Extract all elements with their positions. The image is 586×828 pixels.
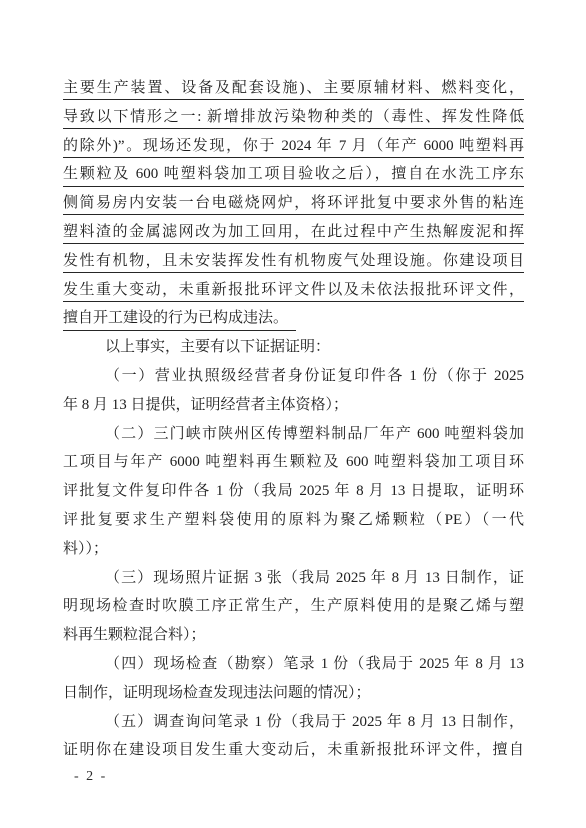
text-run: 评批复要求生产塑料袋使用的原料为聚乙烯颗粒（PE）（一代: [63, 512, 524, 528]
text-line: 主要生产装置、设备及配套设施)、主要原辅材料、燃料变化，: [63, 74, 524, 103]
text-line: 料））；: [63, 535, 524, 564]
underlined-text: 发性有机物，且未安装挥发性有机物废气处理设施。你建设项目: [63, 253, 524, 273]
document-body: 主要生产装置、设备及配套设施)、主要原辅材料、燃料变化，导致以下情形之一: 新增…: [63, 74, 524, 765]
page-number: - 2 -: [74, 768, 107, 786]
text-run: （三）现场照片证据 3 张（我局 2025 年 8 月 13 日制作，证: [105, 570, 524, 586]
text-run: 明现场检查时吹膜工序正常生产，生产原料使用的是聚乙烯与塑: [63, 598, 524, 614]
underlined-text: 主要生产装置、设备及配套设施)、主要原辅材料、燃料变化，: [63, 80, 524, 100]
text-line: （一）营业执照级经营者身份证复印件各 1 份（你于 2025: [63, 362, 524, 391]
text-run: 日制作，证明现场检查发现违法问题的情况）；: [63, 685, 371, 701]
text-line: 生颗粒及 600 吨塑料袋加工项目验收之后），擅自在水洗工序东: [63, 160, 524, 189]
text-run: 评批复文件复印件各 1 份（我局 2025 年 8 月 13 日提取，证明环: [63, 483, 524, 499]
text-line: 证明你在建设项目发生重大变动后，未重新报批环评文件，擅自: [63, 736, 524, 765]
text-line: （四）现场检查（勘察）笔录 1 份（我局于 2025 年 8 月 13: [63, 650, 524, 679]
underlined-text: 生颗粒及 600 吨塑料袋加工项目验收之后），擅自在水洗工序东: [63, 166, 524, 186]
text-line: 日制作，证明现场检查发现违法问题的情况）；: [63, 679, 524, 708]
text-line: 的除外)”。现场还发现，你于 2024 年 7 月（年产 6000 吨塑料再: [63, 132, 524, 161]
text-line: （五）调查询问笔录 1 份（我局于 2025 年 8 月 13 日制作，: [63, 708, 524, 737]
text-run: 料再生颗粒混合料）；: [63, 627, 206, 643]
text-line: （三）现场照片证据 3 张（我局 2025 年 8 月 13 日制作，证: [63, 564, 524, 593]
text-run: 证明你在建设项目发生重大变动后，未重新报批环评文件，擅自: [63, 742, 524, 758]
underlined-text: 发生重大变动，未重新报批环评文件以及未依法报批环评文件，: [63, 282, 524, 302]
underlined-text: 塑料渣的金属滤网改为加工回用，在此过程中产生热解废泥和挥: [63, 224, 524, 244]
text-line: （二）三门峡市陕州区传博塑料制品厂年产 600 吨塑料袋加: [63, 420, 524, 449]
text-run: （五）调查询问笔录 1 份（我局于 2025 年 8 月 13 日制作，: [105, 714, 524, 730]
text-line: 以上事实，主要有以下证据证明：: [63, 333, 524, 362]
text-run: 年 8 月 13 日提供，证明经营者主体资格）；: [63, 397, 348, 413]
text-line: 工项目与年产 6000 吨塑料再生颗粒及 600 吨塑料袋加工项目环: [63, 448, 524, 477]
text-run: 料））；: [63, 541, 108, 557]
text-line: 导致以下情形之一: 新增排放污染物种类的（毒性、挥发性降低: [63, 103, 524, 132]
text-line: 评批复要求生产塑料袋使用的原料为聚乙烯颗粒（PE）（一代: [63, 506, 524, 535]
text-run: 以上事实，主要有以下证据证明：: [105, 339, 330, 355]
text-run: （一）营业执照级经营者身份证复印件各 1 份（你于 2025: [105, 368, 524, 384]
text-run: 工项目与年产 6000 吨塑料再生颗粒及 600 吨塑料袋加工项目环: [63, 454, 524, 470]
text-line: 塑料渣的金属滤网改为加工回用，在此过程中产生热解废泥和挥: [63, 218, 524, 247]
underlined-text: 的除外)”。现场还发现，你于 2024 年 7 月（年产 6000 吨塑料再: [63, 138, 524, 158]
text-line: 年 8 月 13 日提供，证明经营者主体资格）；: [63, 391, 524, 420]
text-line: 侧简易房内安装一台电磁烧网炉，将环评批复中要求外售的粘连: [63, 189, 524, 218]
text-line: 发生重大变动，未重新报批环评文件以及未依法报批环评文件，: [63, 276, 524, 305]
text-line: 发性有机物，且未安装挥发性有机物废气处理设施。你建设项目: [63, 247, 524, 276]
document-page: 主要生产装置、设备及配套设施)、主要原辅材料、燃料变化，导致以下情形之一: 新增…: [0, 0, 586, 828]
underlined-text: 导致以下情形之一: 新增排放污染物种类的（毒性、挥发性降低: [63, 109, 524, 129]
underlined-text: 侧简易房内安装一台电磁烧网炉，将环评批复中要求外售的粘连: [63, 195, 524, 215]
underlined-text: 擅自开工建设的行为已构成违法。: [63, 310, 296, 330]
text-line: 料再生颗粒混合料）；: [63, 621, 524, 650]
text-run: （四）现场检查（勘察）笔录 1 份（我局于 2025 年 8 月 13: [105, 656, 524, 672]
text-line: 明现场检查时吹膜工序正常生产，生产原料使用的是聚乙烯与塑: [63, 592, 524, 621]
text-line: 评批复文件复印件各 1 份（我局 2025 年 8 月 13 日提取，证明环: [63, 477, 524, 506]
text-run: （二）三门峡市陕州区传博塑料制品厂年产 600 吨塑料袋加: [105, 426, 524, 442]
text-line: 擅自开工建设的行为已构成违法。: [63, 304, 524, 333]
